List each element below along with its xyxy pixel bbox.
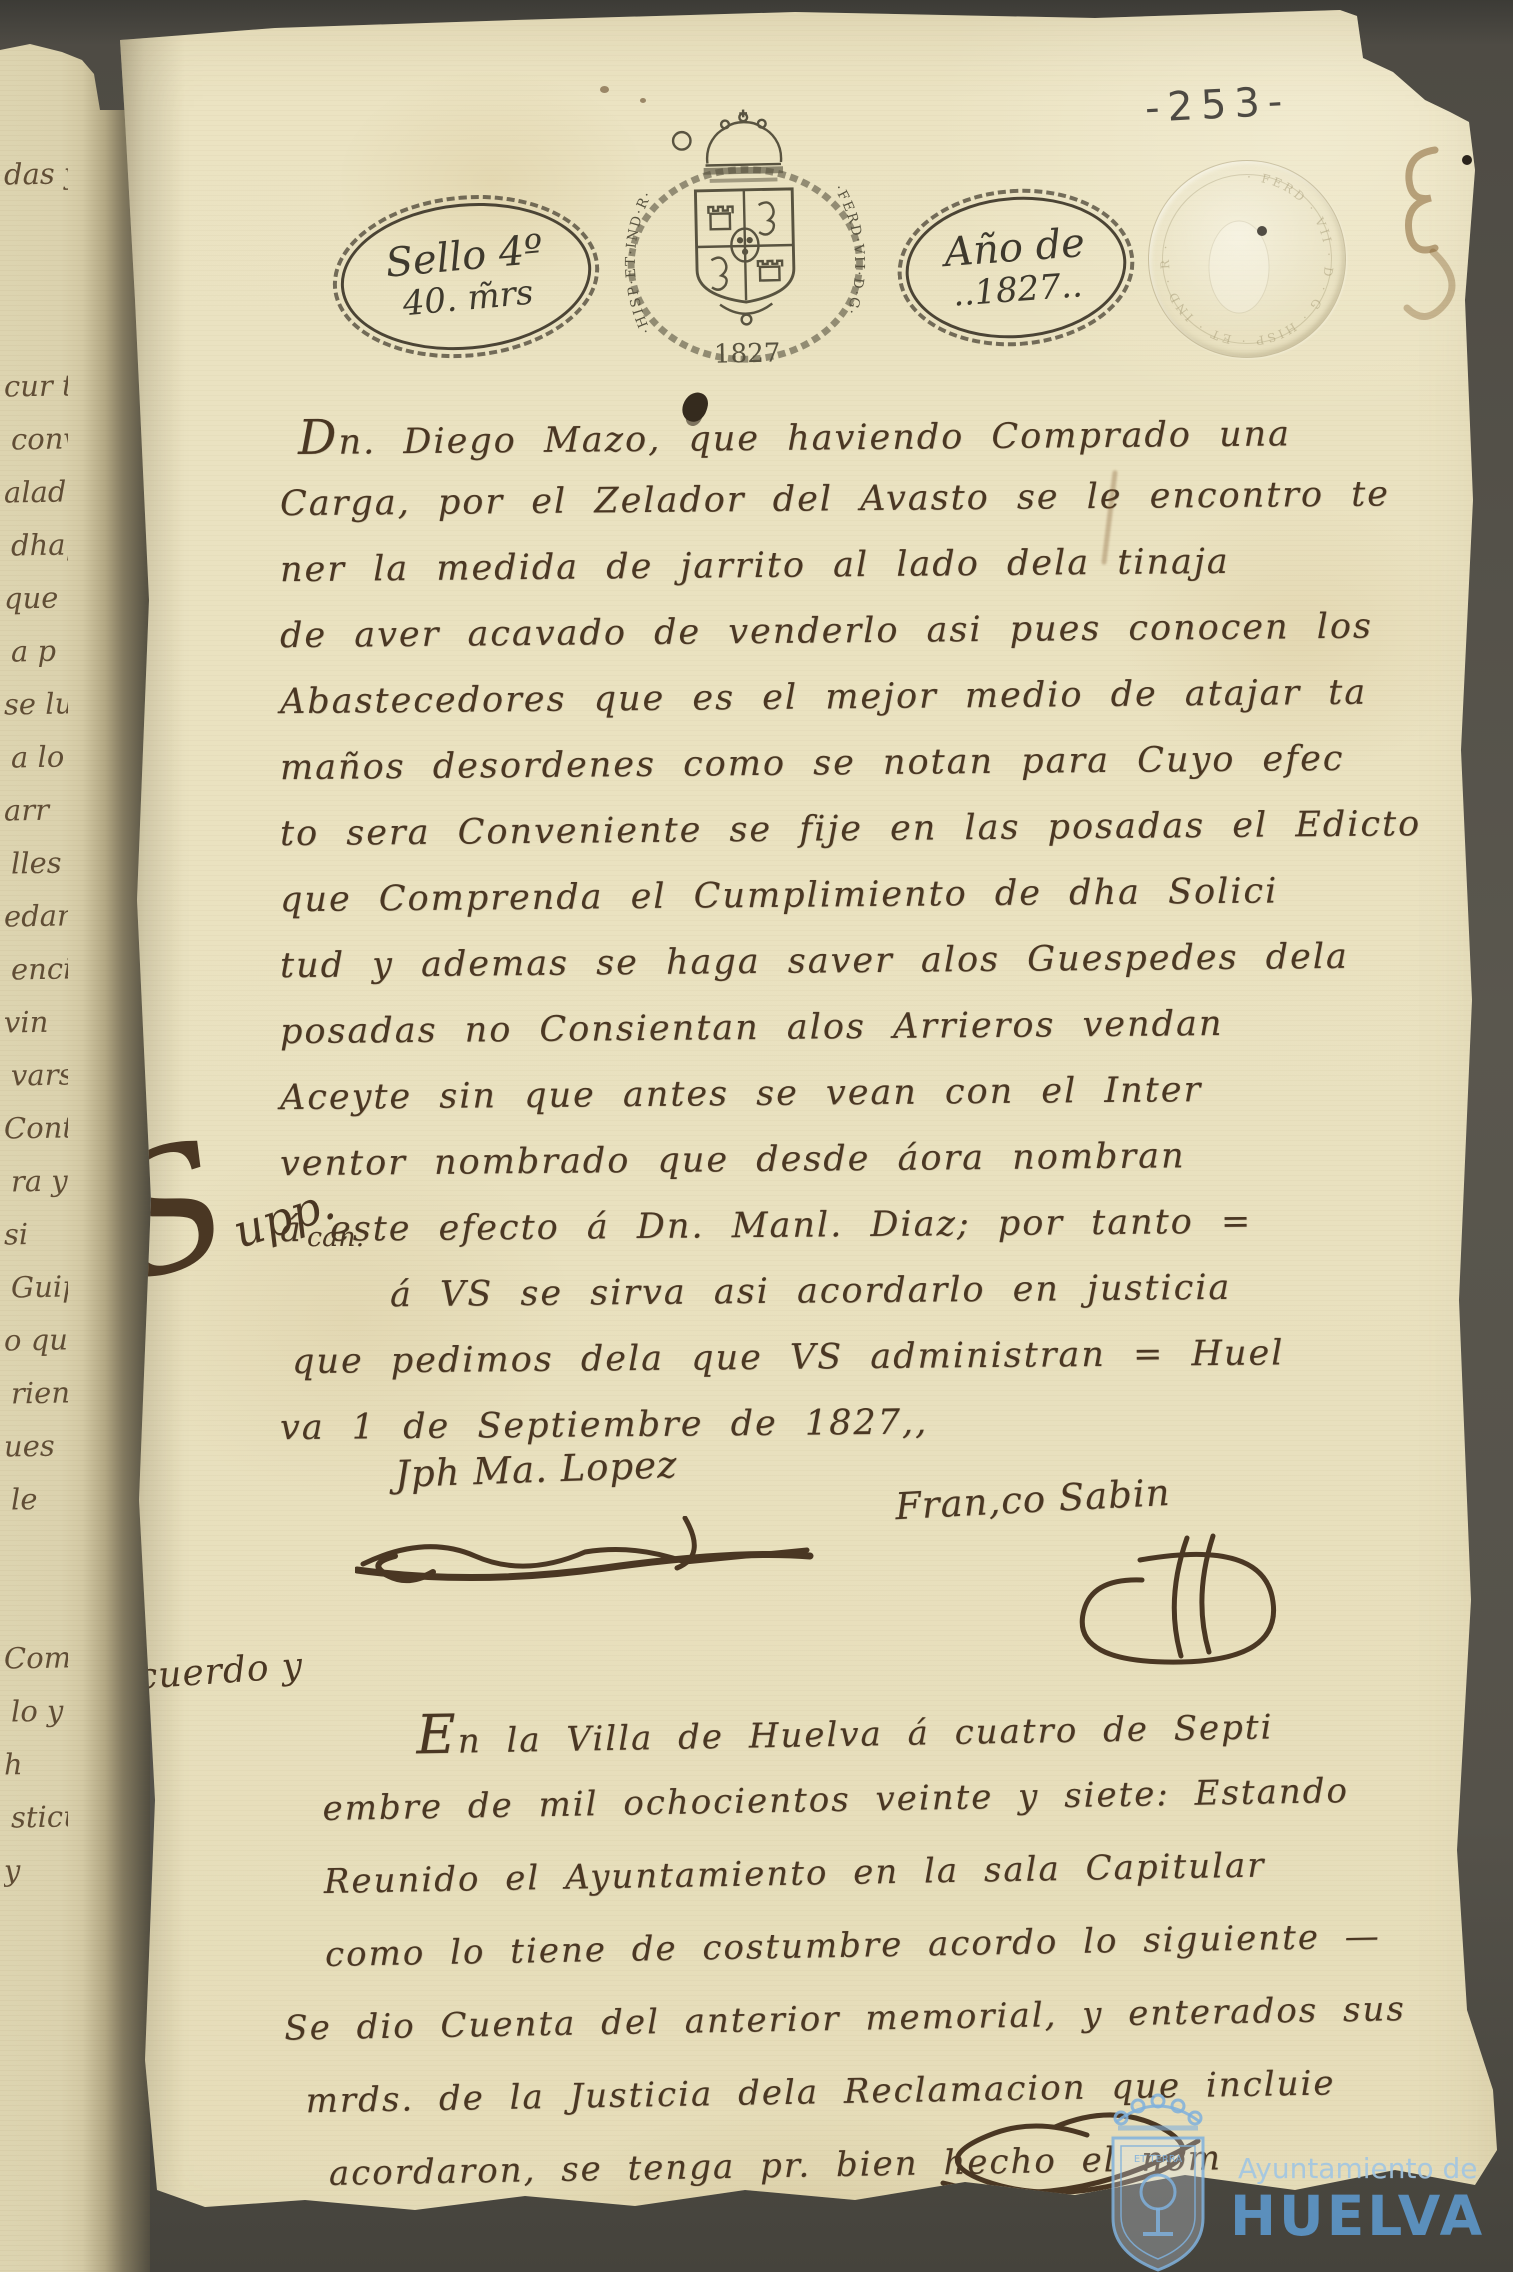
text-fragment: encio <box>11 943 68 997</box>
stamp-year-value: ..1827.. <box>909 262 1126 318</box>
text-fragment: a p <box>11 625 68 679</box>
text-fragment: sticu <box>11 1791 68 1845</box>
signature-lopez: Jph Ma. Lopez <box>394 1443 678 1496</box>
text-fragment: vin <box>4 995 68 1049</box>
text-fragment: lo y <box>11 1685 68 1739</box>
handwritten-line: que pedimos dela que VS administran = Hu… <box>280 1319 1466 1395</box>
text-fragment: le <box>11 1473 68 1527</box>
stamp-left-oval: Sello 4º 40. m̃rs <box>334 192 597 360</box>
coat-of-arms-stamp: ·HISP·ET·IND·R· ·FERD·VII·D·G· <box>592 95 898 386</box>
huelva-watermark-logo: ET TERRA Ayuntamiento de HUELVA <box>1088 2080 1508 2272</box>
text-fragment: Conta <box>4 1101 68 1155</box>
stamp-year-label: Año de <box>906 218 1124 278</box>
stamp-year-text: 1827 <box>714 338 781 369</box>
previous-page-edge: das ycur toconvaladdhapquea pse lua loar… <box>0 0 150 2272</box>
text-fragment: lles y <box>11 837 68 891</box>
shield-motto: ET TERRA <box>1134 2154 1183 2165</box>
tax-stamp: Sello 4º 40. m̃rs <box>337 90 1123 406</box>
text-fragment <box>11 201 68 255</box>
handwritten-line: ventor nombrado que desde áora nombran <box>280 1121 1466 1197</box>
text-fragment: Compra <box>4 1631 68 1685</box>
handwritten-line: Abastecedores que es el mejor medio de a… <box>280 659 1466 735</box>
stain-speck <box>640 98 646 103</box>
handwritten-line: tud y ademas se haga saver alos Guespede… <box>280 923 1466 999</box>
watermark-city-text: HUELVA <box>1230 2184 1485 2248</box>
ink-blot <box>1490 101 1513 123</box>
stain-speck <box>600 86 609 93</box>
ink-dot <box>1462 155 1472 165</box>
text-fragment: arr <box>4 783 68 837</box>
handwritten-line: que Comprenda el Cumplimiento de dha Sol… <box>280 857 1466 933</box>
signature-rubric <box>355 1516 835 1591</box>
svg-text:· FERD · VII · D · G · HISP ·: · FERD · VII · D · G · HISP · ET · IND ·… <box>1158 170 1336 348</box>
text-fragment: edar <box>4 889 68 943</box>
text-fragment: si <box>4 1207 68 1261</box>
manuscript-page: Sello 4º 40. m̃rs <box>95 0 1513 2272</box>
quartered-shield <box>695 189 794 303</box>
stamp-sello-text: Sello 4º <box>340 224 588 290</box>
text-fragment: que <box>4 571 68 625</box>
text-fragment: se lu <box>4 677 68 731</box>
stamp-right-oval: Año de ..1827.. <box>901 189 1132 346</box>
signature-flourish <box>975 1532 1315 1677</box>
scanned-document-photo: das ycur toconvaladdhapquea pse lua loar… <box>0 0 1513 2272</box>
handwritten-line: de aver acavado de venderlo asi pues con… <box>280 593 1466 669</box>
handwritten-line: ner la medida de jarrito al lado dela ti… <box>280 527 1466 603</box>
text-fragment: o que <box>4 1313 68 1367</box>
text-fragment: dhap <box>11 519 68 573</box>
text-fragment: ra y <box>11 1155 68 1209</box>
handwritten-line: Carga, por el Zelador del Avasto se le e… <box>280 461 1466 537</box>
text-fragment <box>4 253 68 307</box>
faded-scribble <box>1408 150 1435 250</box>
text-fragment: das y <box>4 148 68 202</box>
text-fragment: h <box>4 1737 68 1791</box>
text-fragment: rient <box>11 1367 68 1421</box>
text-fragment <box>11 1579 68 1633</box>
watermark-org-text: Ayuntamiento de <box>1238 2152 1478 2185</box>
handwritten-line: maños desordenes como se notan para Cuyo… <box>280 725 1466 801</box>
handwritten-line: á VS se sirva asi acordarlo en justicia <box>280 1253 1466 1329</box>
fleece-collar <box>720 303 773 324</box>
previous-page-text-fragments: das ycur toconvaladdhapquea pse lua loar… <box>4 148 68 1897</box>
petition-text-block: Dn. Diego Mazo, que haviendo Comprado un… <box>280 400 1465 1456</box>
stamp-value-text: 40. m̃rs <box>344 267 592 329</box>
text-fragment: a lo <box>11 731 68 785</box>
signature-sabin: Fran,co Sabin <box>894 1471 1171 1528</box>
mural-crown-icon <box>1115 2095 1201 2128</box>
handwritten-line: to sera Conveniente se fije en las posad… <box>280 791 1466 867</box>
handwritten-line: posadas no Consientan alos Arrieros vend… <box>280 989 1466 1065</box>
text-fragment: ues <box>4 1419 68 1473</box>
handwritten-line: Aceyte sin que antes se vean con el Inte… <box>280 1055 1466 1131</box>
text-fragment <box>4 1525 68 1579</box>
text-fragment: alad <box>4 465 68 519</box>
huelva-shield-icon: ET TERRA <box>1088 2080 1228 2272</box>
margin-note-superscript: can. <box>307 1222 364 1253</box>
seal-legend: · FERD · VII · D · G · HISP · ET · IND ·… <box>1158 170 1336 348</box>
embossed-dry-seal: · FERD · VII · D · G · HISP · ET · IND ·… <box>1148 160 1346 358</box>
text-fragment: vars <box>11 1049 68 1103</box>
handwritten-line: Dn. Diego Mazo, que haviendo Comprado un… <box>280 395 1466 471</box>
text-fragment <box>11 307 68 361</box>
text-fragment: cur to <box>4 359 68 413</box>
handwritten-line: á este efecto á Dn. Manl. Diaz; por tant… <box>280 1187 1466 1263</box>
text-fragment: y <box>4 1843 68 1897</box>
ink-dot <box>1257 226 1267 236</box>
text-fragment: conv <box>11 413 68 467</box>
page-number-annotation: -253- <box>1144 78 1291 132</box>
text-fragment: Guipo <box>11 1261 68 1315</box>
stamp-ring-ornament <box>673 132 691 150</box>
seal-portrait-relief <box>1209 221 1269 313</box>
